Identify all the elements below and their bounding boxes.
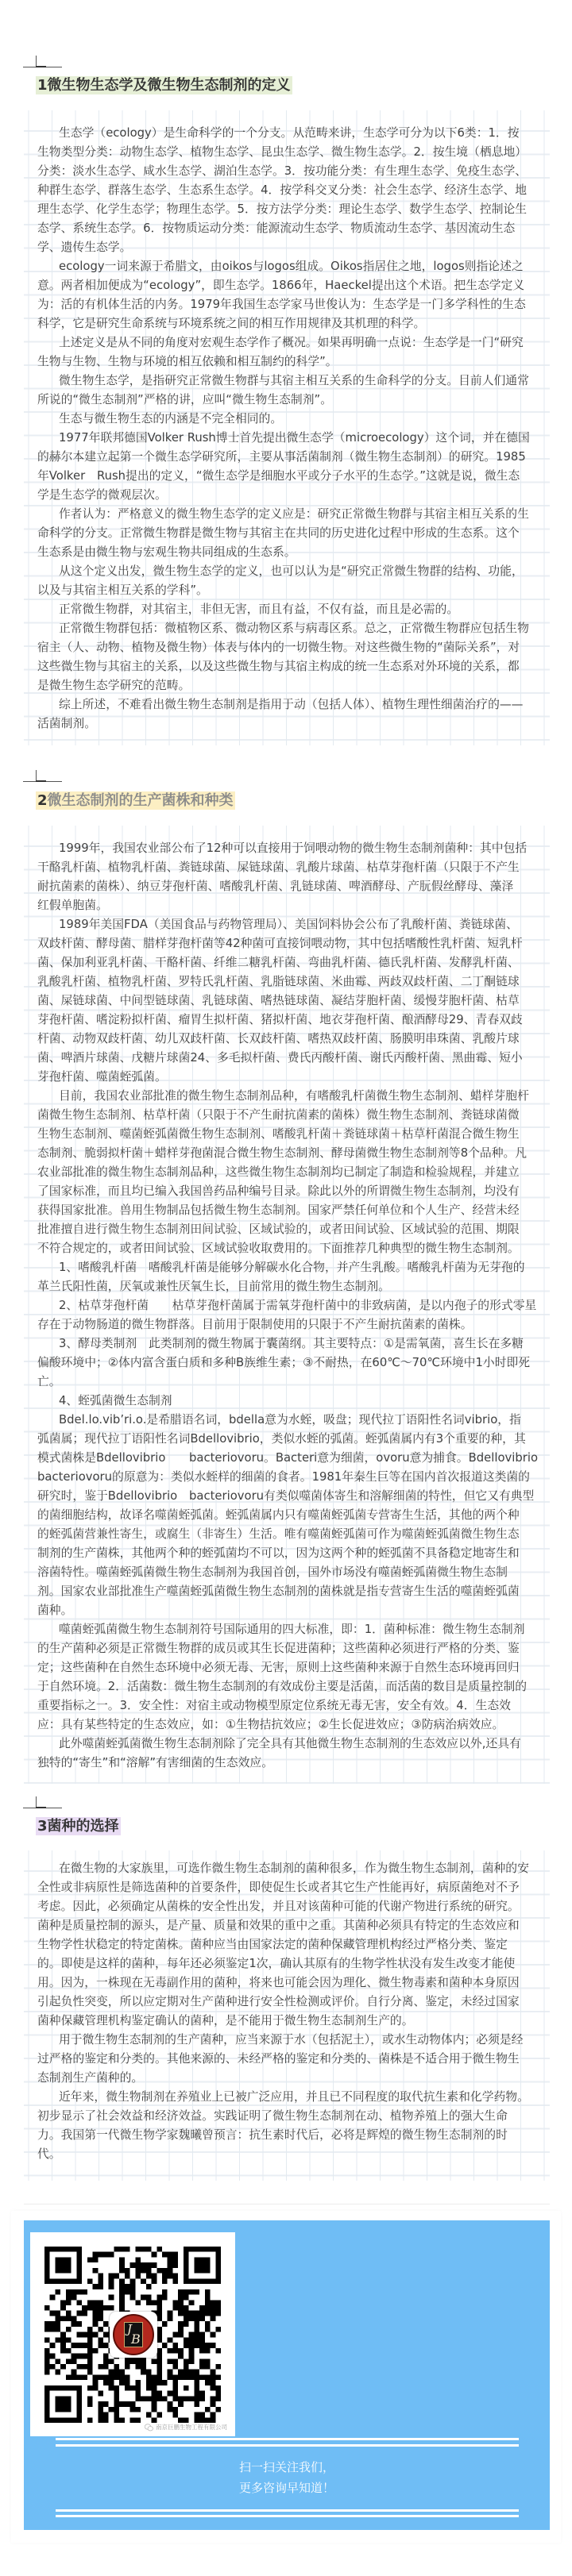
paragraph: 4、蛭弧菌微生态制剂 (37, 1392, 550, 1411)
qr-watermark: 南京巨鹏生物工程有限公司 (145, 2423, 227, 2432)
paragraph: 从这个定义出发，微生物生态学的定义，也可以认为是“研究正常微生物群的结构、功能，… (37, 562, 550, 600)
section-title: 微生态制剂的生产菌株和种类 (48, 792, 234, 809)
paragraph: 生态学（ecology）是生命科学的一个分支。从范畴来讲，生态学可分为以下6类：… (37, 124, 550, 257)
paragraph: 近年来，微生物制剂在养殖业上已被广泛应用，并且已不同程度的取代抗生素和化学药物。… (37, 2088, 550, 2164)
cta-line: 扫一扫关注我们， (24, 2457, 550, 2478)
decorative-line (56, 2444, 519, 2447)
paragraph: 正常微生物群包括：微植物区系、微动物区系与病毒区系。总之，正常微生物群应包括生物… (37, 619, 550, 695)
section-heading-3: 3菌种的选择 (36, 1817, 121, 1835)
section-number: 3 (37, 1818, 48, 1835)
decorative-line (56, 2515, 519, 2517)
paragraph: 1、嗜酸乳杆菌 嗜酸乳杆菌是能够分解碳水化合物，并产生乳酸。嗜酸乳杆菌为无芽孢的… (37, 1258, 550, 1296)
section-number: 2 (37, 792, 48, 809)
section-body-1: 生态学（ecology）是生命科学的一个分支。从范畴来讲，生态学可分为以下6类：… (24, 110, 550, 745)
section-title: 微生物生态学及微生物生态制剂的定义 (48, 77, 291, 94)
divider (24, 2204, 550, 2204)
paragraph: 微生物生态学，是指研究正常微生物群与其宿主相互关系的生命科学的分支。目前人们通常… (37, 372, 550, 410)
logo-letter: B (131, 2331, 141, 2347)
paragraph: 3、酵母类制剂 此类制剂的微生物属于囊菌纲。其主要特点：①是需氧菌，喜生长在多糖… (37, 1334, 550, 1392)
paragraph: 1977年联邦德国Volker Rush博士首先提出微生态学（microecol… (37, 429, 550, 505)
paragraph: 综上所述，不难看出微生物生态制剂是指用于动（包括人体）、植物生理性细菌治疗的——… (37, 695, 550, 734)
follow-us-card: J B 南京巨鹏生物工程有限公司 扫一扫关注我们， 更多咨询早知道！ (24, 2220, 550, 2530)
paragraph: 1999年，我国农业部公布了12种可以直接用于饲喂动物的微生物生态制剂菌种：其中… (37, 839, 550, 915)
paragraph: 目前，我国农业部批准的微生物生态制剂品种，有嗜酸乳杆菌微生物生态制剂、蜡样芽胞杆… (37, 1087, 550, 1258)
paragraph: 生态与微生物生态的内涵是不完全相同的。 (37, 410, 550, 429)
paragraph: 在微生物的大家族里，可选作微生物生态制剂的菌种很多，作为微生物生态制剂，菌种的安… (37, 1859, 550, 2031)
section-body-2: 1999年，我国农业部公布了12种可以直接用于饲喂动物的微生物生态制剂菌种：其中… (24, 826, 550, 1784)
follow-call-to-action: 扫一扫关注我们， 更多咨询早知道！ (24, 2457, 550, 2498)
qr-card: J B 南京巨鹏生物工程有限公司 (30, 2232, 235, 2436)
logo-circle: J B (113, 2314, 154, 2355)
paragraph: Bdel.lo.vib’ri.o.是希腊语名词，bdella意为水蛭，吸盘；现代… (37, 1411, 550, 1620)
logo-plate: J B (124, 2322, 143, 2347)
section-marker-icon (23, 1796, 62, 1808)
paragraph: 正常微生物群，对其宿主，非但无害，而且有益，不仅有益，而且是必需的。 (37, 600, 550, 619)
decorative-line (56, 2438, 519, 2440)
article-page: 1微生物生态学及微生物生态制剂的定义 生态学（ecology）是生命科学的一个分… (0, 0, 572, 2576)
paragraph: 2、枯草芽孢杆菌 枯草芽孢杆菌属于需氧芽孢杆菌中的非致病菌，是以内孢子的形式零星… (37, 1296, 550, 1334)
paragraph: 1989年美国FDA（美国食品与药物管理局）、美国饲料协会公布了乳酸杆菌、粪链球… (37, 915, 550, 1087)
paragraph: ecology一词来源于希腊文，由oikos与logos组成。Oikos指居住之… (37, 257, 550, 333)
decorative-line (56, 2509, 519, 2512)
cta-line: 更多咨询早知道！ (24, 2478, 550, 2498)
qr-watermark-text: 南京巨鹏生物工程有限公司 (156, 2424, 227, 2432)
qr-code-image[interactable]: J B (44, 2247, 221, 2423)
wechat-icon (145, 2424, 153, 2432)
section-title: 菌种的选择 (48, 1818, 119, 1835)
section-marker-icon (23, 770, 62, 782)
paragraph: 作者认为：严格意义的微生物生态学的定义应是：研究正常微生物群与其宿主相互关系的生… (37, 505, 550, 562)
company-logo-icon: J B (110, 2312, 157, 2358)
paragraph: 此外噬菌蛭弧菌微生物生态制剂除了完全具有其他微生物生态制剂的生态效应以外,还具有… (37, 1735, 550, 1773)
paragraph: 上述定义是从不同的角度对宏观生态学作了概况。如果再明确一点说：生态学是一门“研究… (37, 333, 550, 372)
section-heading-2: 2微生态制剂的生产菌株和种类 (36, 791, 235, 810)
paragraph: 用于微生物生态制剂的生产菌种，应当来源于水（包括泥土），或水生动物体内；必须是经… (37, 2031, 550, 2088)
paragraph: 噬菌蛭弧菌微生物生态制剂符号国际通用的四大标准，即：1．菌种标准：微生物生态制剂… (37, 1620, 550, 1735)
section-body-3: 在微生物的大家族里，可选作微生物生态制剂的菌种很多，作为微生物生态制剂，菌种的安… (24, 1850, 550, 2181)
section-marker-icon (23, 56, 62, 67)
section-heading-1: 1微生物生态学及微生物生态制剂的定义 (36, 76, 292, 94)
section-number: 1 (37, 77, 48, 94)
